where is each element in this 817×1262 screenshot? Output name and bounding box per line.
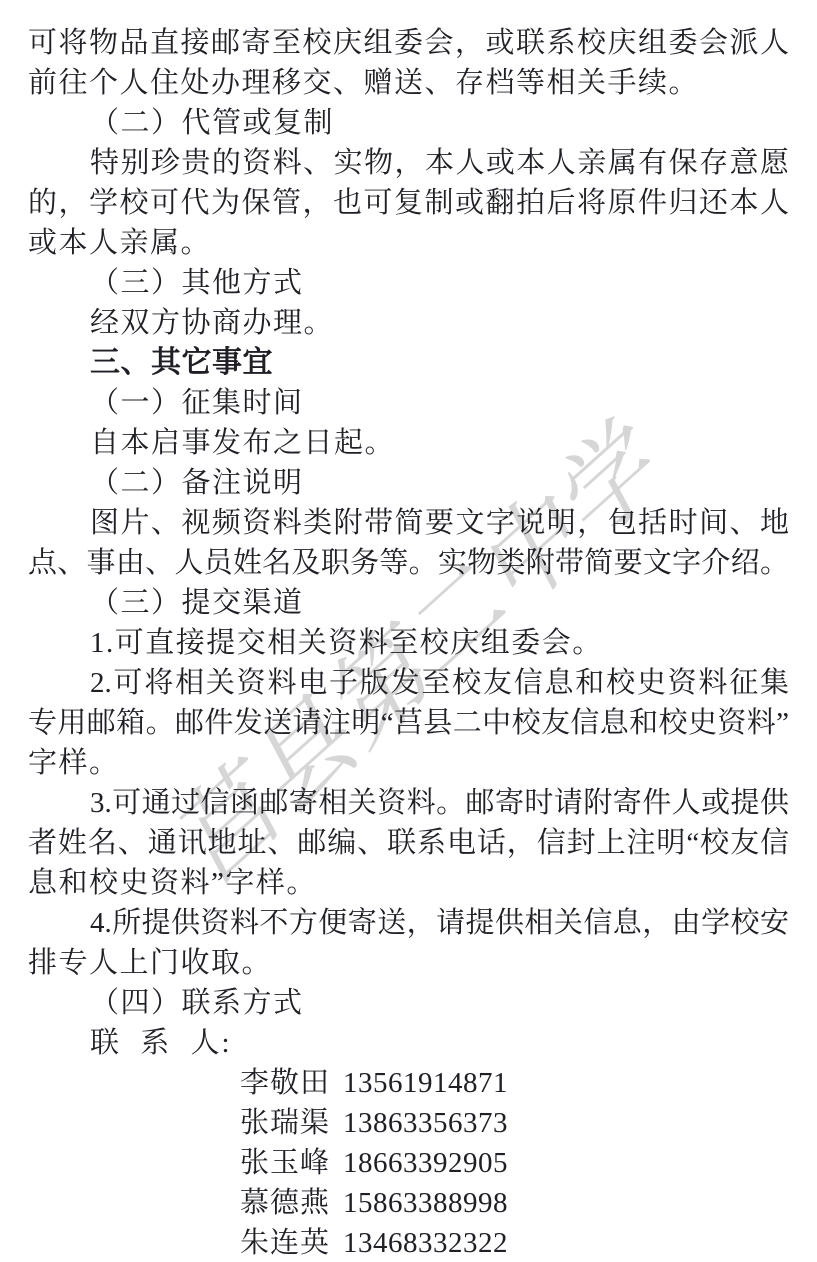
contact-row: 慕德燕15863388998 [240,1183,789,1223]
text-line: 者姓名、通讯地址、邮编、联系电话，信封上注明“校友信 [28,823,789,863]
contact-phone: 13561914871 [343,1067,508,1099]
text-line: 或本人亲属。 [28,223,789,263]
text-line: 点、事由、人员姓名及职务等。实物类附带简要文字介绍。 [28,543,789,583]
contact-name: 慕德燕 [240,1187,330,1219]
text-line: 3.可通过信函邮寄相关资料。邮寄时请附寄件人或提供 [28,783,789,823]
contact-phone: 13863356373 [343,1107,508,1139]
text-line: （三）其他方式 [28,263,789,303]
text-line: 前往个人住处办理移交、赠送、存档等相关手续。 [28,63,789,103]
text-line: 专用邮箱。邮件发送请注明“莒县二中校友信息和校史资料” [28,703,789,743]
contact-row: 张瑞渠13863356373 [240,1103,789,1143]
text-line: 联 系 人: [28,1023,789,1063]
text-line: 4.所提供资料不方便寄送，请提供相关信息，由学校安 [28,903,789,943]
text-line: （一）征集时间 [28,383,789,423]
contact-row: 张玉峰18663392905 [240,1143,789,1183]
contact-row: 朱连英13468332322 [240,1223,789,1262]
text-line: （三）提交渠道 [28,583,789,623]
contact-name: 李敬田 [240,1067,330,1099]
text-line: 图片、视频资料类附带简要文字说明，包括时间、地 [28,503,789,543]
text-line: 2.可将相关资料电子版发至校友信息和校史资料征集 [28,663,789,703]
text-line: 排专人上门收取。 [28,943,789,983]
text-line: 字样。 [28,743,789,783]
contact-name: 张瑞渠 [240,1107,330,1139]
section-heading: 三、其它事宜 [28,343,789,383]
contact-phone: 13468332322 [343,1227,508,1259]
contact-phone: 18663392905 [343,1147,508,1179]
contact-name: 朱连英 [240,1227,330,1259]
text-line: 的，学校可代为保管，也可复制或翻拍后将原件归还本人 [28,183,789,223]
text-line: （二）备注说明 [28,463,789,503]
contact-phone: 15863388998 [343,1187,508,1219]
text-line: 可将物品直接邮寄至校庆组委会，或联系校庆组委会派人 [28,23,789,63]
text-line: 自本启事发布之日起。 [28,423,789,463]
text-line: 1.可直接提交相关资料至校庆组委会。 [28,623,789,663]
text-line: 经双方协商办理。 [28,303,789,343]
contact-name: 张玉峰 [240,1147,330,1179]
text-line: （二）代管或复制 [28,103,789,143]
text-line: （四）联系方式 [28,983,789,1023]
text-line: 息和校史资料”字样。 [28,863,789,903]
document-page: 莒县第二中学 可将物品直接邮寄至校庆组委会，或联系校庆组委会派人前往个人住处办理… [0,0,817,1262]
document-body: 可将物品直接邮寄至校庆组委会，或联系校庆组委会派人前往个人住处办理移交、赠送、存… [28,23,789,1262]
contact-row: 李敬田13561914871 [240,1063,789,1103]
contact-list: 李敬田13561914871张瑞渠13863356373张玉峰186633929… [240,1063,789,1262]
text-line: 特别珍贵的资料、实物，本人或本人亲属有保存意愿 [28,143,789,183]
